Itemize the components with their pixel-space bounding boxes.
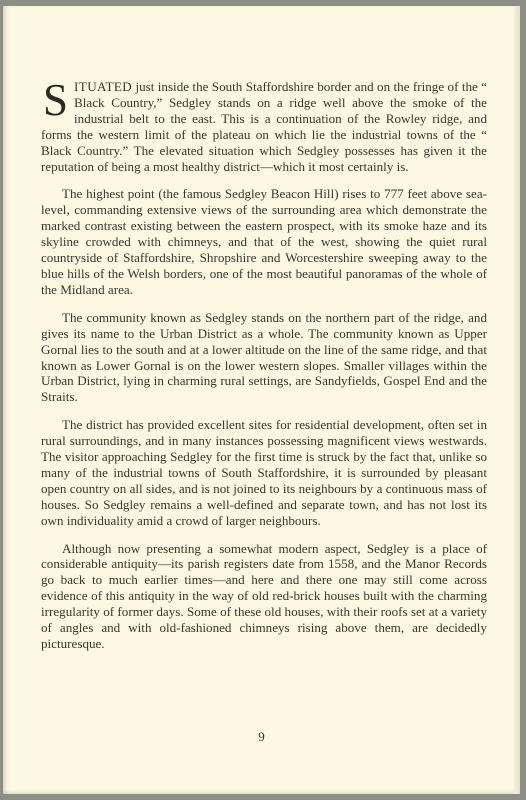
body-text: SITUATED just inside the South Staffords… (41, 79, 487, 664)
paragraph-2: The highest point (the famous Sedgley Be… (41, 186, 487, 297)
drop-cap: S (43, 82, 68, 118)
book-page: SITUATED just inside the South Staffords… (3, 6, 520, 794)
paragraph-4: The district has provided excellent site… (41, 417, 487, 528)
paragraph-5: Although now presenting a somewhat moder… (41, 541, 487, 652)
page-number: 9 (3, 729, 520, 745)
lead-word: ITUATED (74, 79, 132, 94)
paragraph-3: The community known as Sedgley stands on… (41, 310, 487, 405)
paragraph-1: SITUATED just inside the South Staffords… (41, 79, 487, 174)
